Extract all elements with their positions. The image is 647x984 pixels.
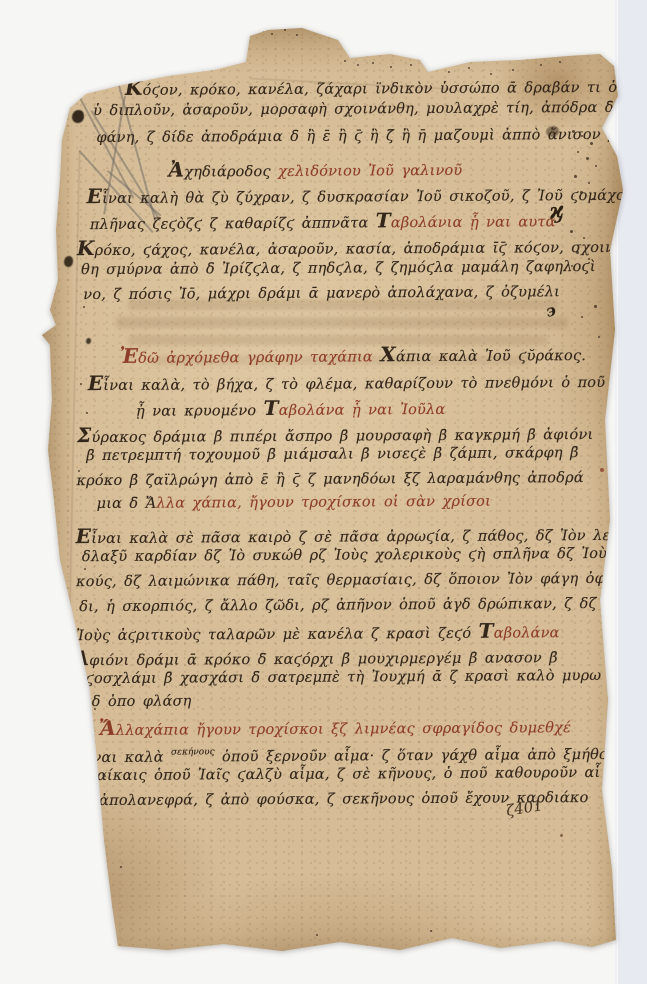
ink-speck <box>296 34 298 36</box>
ink-speck <box>271 33 273 35</box>
manuscript-line: Εἶναι καλὰ σεκήνους ὁποῦ ξερνοῦν αἷμα· ζ… <box>71 740 647 768</box>
ink-speck <box>594 305 597 308</box>
ink-speck <box>490 73 492 75</box>
manuscript-line: β̄ πετρεμπτή τοχουμοῦ β̄ μιάμσαλι β̄ νισ… <box>86 445 578 464</box>
manuscript-line: Εἶναι καλὴ θὰ ζὺ ζύχραν, ζ δυσκρασίαν Ἰο… <box>87 180 647 208</box>
manuscript-line: κούς, δζ λαιμώνικα πάθη, ταῖς θερμασίαις… <box>76 571 611 590</box>
text-segment: σεκήνους <box>171 747 215 757</box>
ink-speck <box>576 251 579 254</box>
manuscript-line: θη σμύρνα ἀπὸ δ̄ Ἰρίζϛλα, ζ πηδϛλα, ζ ζη… <box>81 259 596 278</box>
heading-line: Ἀχηδιάροδος χελιδόνιου Ἰοῦ γαλινοῦ <box>168 156 462 182</box>
ink-speck <box>448 71 450 73</box>
pencil-stroke <box>97 49 113 59</box>
ink-speck <box>598 336 600 338</box>
manuscript-line: νο, ζ πόσις Ἰο̄, μάχρι δράμι ᾱ μανερὸ ἀπ… <box>83 284 560 303</box>
scanner-background: { "colors":{ "ink_dark":"#33261a", "ink_… <box>0 0 647 984</box>
ink-speck <box>86 412 88 414</box>
ink-speck <box>357 64 359 66</box>
ink-speck <box>80 383 82 385</box>
manuscript-line: Κόϛον, κρόκο, κανέλα, ζάχαρι ϊνδικὸν ὑσσ… <box>125 72 647 100</box>
ink-speck <box>571 265 573 267</box>
text-segment: δι, ἡ σκορπιός, ζ ἄλλο ζῶδι, ρζ ἀπῆνον ὁ… <box>79 596 597 615</box>
text-segment: Ε <box>71 743 87 767</box>
text-segment: ἶναι καλὰ <box>87 750 172 767</box>
text-segment: Ἄ <box>99 716 116 740</box>
heading-line: μια δ̄ Ἄλλα χάπια, ἤγουν τροχίσκοι οἱ σὰ… <box>97 494 492 512</box>
scanner-strip-line <box>615 0 617 984</box>
heading-line: Ἐδῶ ἀρχόμεθα γράφην ταχάπια Χάπια καλὰ Ἰ… <box>120 341 587 368</box>
pencil-stroke <box>88 44 113 54</box>
manuscript-line: Ἀφιόνι δράμι ᾱ κρόκο δ̄ καϛόρχι β̄ μουχι… <box>73 643 557 670</box>
ink-speck <box>590 142 593 145</box>
text-segment: Ἐ <box>120 344 139 368</box>
text-segment: Ἀ <box>168 157 184 181</box>
ink-speck <box>570 230 573 233</box>
text-segment: θη σμύρνα ἀπὸ δ̄ Ἰρίζϛλα, ζ πηδϛλα, ζ ζη… <box>81 259 596 278</box>
text-segment: Σ <box>77 423 91 447</box>
text-segment: αβολάνια ᾗ ναι αυτά <box>391 214 556 231</box>
manuscript-line: Ἰοὺς ἀϛριτικοὺς ταλαρῶν μὲ κανέλα ζ κρασ… <box>76 618 559 645</box>
text-segment: δάδ ὁπο φλάση <box>73 693 192 710</box>
text-segment: Ε <box>87 184 103 208</box>
ink-speck <box>581 316 583 318</box>
text-segment: Ε <box>88 371 104 395</box>
text-segment: αβολάνα <box>494 625 560 641</box>
ink-speck <box>316 934 318 936</box>
text-segment: ἶναι καλὴ θὰ ζὺ ζύχραν, ζ δυσκρασίαν Ἰοῦ… <box>102 187 647 207</box>
scanner-strip <box>618 0 647 984</box>
ink-speck <box>560 834 563 837</box>
text-segment: λλα χάπια, ἤγουν τροχίσκοι οἱ σὰν χρίσοι <box>156 494 491 512</box>
heading-line: Ἄλλαχάπια ἤγουν τροχίσκοι ξζ λιμνέας σφρ… <box>99 713 571 740</box>
text-segment: Κ <box>77 236 95 260</box>
text-segment: όϛον, κρόκο, κανέλα, ζάχαρι ϊνδικὸν ὑσσώ… <box>143 79 647 98</box>
text-segment: Κ <box>125 76 143 100</box>
ink-speck <box>595 165 597 167</box>
ink-speck <box>262 30 264 32</box>
ink-speck <box>540 64 542 66</box>
text-segment: κούς, δζ λαιμώνικα πάθη, ταῖς θερμασίαις… <box>76 571 611 590</box>
text-segment: δῶ ἀρχόμεθα γράφην ταχάπια <box>138 349 380 366</box>
ink-speck <box>559 61 561 63</box>
ink-speck <box>344 60 346 62</box>
ink-speck <box>468 67 470 69</box>
text-segment: ὑ διπλοῦν, ἀσαροῦν, μορσαφὴ σχοινάνθη, μ… <box>93 99 647 119</box>
ink-speck <box>572 130 575 133</box>
text-segment: φιόνι δράμι ᾱ κρόκο δ̄ καϛόρχι β̄ μουχιρ… <box>89 650 558 669</box>
manuscript-line: δι, ἡ σκορπιός, ζ ἄλλο ζῶδι, ρζ ἀπῆνον ὁ… <box>79 596 597 615</box>
ink-blot <box>72 110 84 123</box>
text-segment: άπια καλὰ Ἰοῦ ϛῠράκος. <box>396 348 586 365</box>
manuscript-line: δάδ ὁπο φλάση <box>73 693 192 710</box>
manuscript-page: Κόϛον, κρόκο, κανέλα, ζάχαρι ϊνδικὸν ὑσσ… <box>40 26 628 954</box>
ink-speck <box>94 708 96 710</box>
manuscript-line: Σύρακος δράμια β̄ πιπέρι ἄσπρο β̄ μουρσα… <box>77 420 593 447</box>
ink-blot <box>64 256 73 267</box>
text-segment: ύρακος δράμια β̄ πιπέρι ἄσπρο β̄ μουρσαφ… <box>91 427 593 446</box>
ink-speck <box>577 151 579 153</box>
text-block: Κόϛον, κρόκο, κανέλα, ζάχαρι ϊνδικὸν ὑσσ… <box>40 23 634 955</box>
text-segment: ᾖ ναι κρυομένο <box>136 403 264 420</box>
ink-speck <box>78 470 80 472</box>
text-segment: αβολάνα ᾗ ναι Ἰοῦλα <box>279 402 446 419</box>
manuscript-line: φάνη, ζ δίδε ἀποδράμια δ̄ ἢ ε̄ ἢ ϛ̄ ἢ ζ̄… <box>96 126 647 146</box>
text-segment: Χ <box>380 342 396 366</box>
ink-speck <box>581 135 583 137</box>
ink-speck <box>588 182 590 184</box>
text-segment: ρόκο, ϛάχος, κανέλα, ἀσαροῦν, κασία, ἀπο… <box>95 240 634 259</box>
text-segment: νο, ζ πόσις Ἰο̄, μάχρι δράμι ᾱ μανερὸ ἀπ… <box>83 284 560 303</box>
ink-blot <box>546 126 559 137</box>
text-segment: Ἰοὺς ἀϛριτικοὺς ταλαρῶν μὲ κανέλα ζ κρασ… <box>76 626 478 644</box>
text-segment: β̄ πετρεμπτή τοχουμοῦ β̄ μιάμσαλι β̄ νισ… <box>86 445 578 464</box>
ink-speck <box>430 930 432 932</box>
text-segment: χηδιάροδος <box>184 164 278 181</box>
manuscript-line: ἀϛοσχλάμι β̄ χασχάσι δ̄ σατρεμπὲ τὴ Ἰουχ… <box>76 668 602 687</box>
text-segment: Ε <box>76 524 92 548</box>
text-segment: Τ <box>376 208 391 232</box>
ink-speck <box>372 62 374 64</box>
ink-speck <box>592 198 594 200</box>
manuscript-line: γοναίκαις ὁποῦ Ἰαῖς ϛαλζὺ αἷμα, ζ σὲ κῆν… <box>70 765 600 784</box>
manuscript-line: ὑ διπλοῦν, ἀσαροῦν, μορσαφὴ σχοινάνθη, μ… <box>93 99 647 119</box>
ink-blot <box>86 338 91 344</box>
text-segment: Τ <box>479 619 494 643</box>
ink-speck <box>83 306 85 308</box>
ink-speck <box>410 64 412 66</box>
text-segment: ἶναι καλὰ σὲ πᾶσα καιρὸ ζ σὲ πᾶσα ἀρρωϛί… <box>91 528 646 547</box>
manuscript-line: Εἶναι καλὰ σὲ πᾶσα καιρὸ ζ σὲ πᾶσα ἀρρωϛ… <box>76 521 647 548</box>
text-segment: ἶναι καλὰ, τὸ βήχα, ζ τὸ φλέμα, καθαρίζο… <box>103 375 605 394</box>
ink-speck <box>104 775 106 777</box>
text-segment: ὁποῦ ξερνοῦν αἷμα· ζ ὅταν γάχθ αἷμα ἀπὸ … <box>215 747 647 766</box>
text-segment: ἀϛοσχλάμι β̄ χασχάσι δ̄ σατρεμπὲ τὴ Ἰουχ… <box>76 668 602 687</box>
text-segment: γοναίκαις ὁποῦ Ἰαῖς ϛαλζὺ αἷμα, ζ σὲ κῆν… <box>70 765 600 784</box>
manuscript-line: Εἶναι καλὰ, τὸ βήχα, ζ τὸ φλέμα, καθαρίζ… <box>88 368 606 395</box>
ink-speck <box>586 157 589 160</box>
manuscript-line: κρόκο β̄ ζαϊλρώγη ἀπὸ ε̄ ἢ ϛ̄ ζ μανηδόωι… <box>76 470 583 489</box>
ink-speck <box>512 69 514 71</box>
text-segment: Τ <box>264 396 279 420</box>
ink-speck <box>284 29 286 31</box>
text-segment: μια δ̄ Ἄ <box>97 496 157 512</box>
text-segment: φάνη, ζ δίδε ἀποδράμια δ̄ ἢ ε̄ ἢ ϛ̄ ἢ ζ̄… <box>96 126 647 146</box>
ink-speck <box>580 191 583 194</box>
ink-speck <box>432 68 434 70</box>
ink-speck <box>96 640 98 642</box>
text-segment: κρόκο β̄ ζαϊλρώγη ἀπὸ ε̄ ἢ ϛ̄ ζ μανηδόωι… <box>76 470 583 489</box>
manuscript-line: Κρόκο, ϛάχος, κανέλα, ἀσαροῦν, κασία, ἀπ… <box>77 233 633 260</box>
text-segment: πλῆνας ζεϛὸζϛ ζ καθαρίζϛ ἀππνᾶτα <box>90 215 376 233</box>
text-segment: δλαξῦ καρδίαν δζ Ἰὸ συκώθ ρζ Ἰοὺς χολερι… <box>82 546 647 566</box>
ink-speck <box>390 66 392 68</box>
manuscript-line: πλῆνας ζεϛὸζϛ ζ καθαρίζϛ ἀππνᾶτα Ταβολάν… <box>90 207 556 234</box>
ink-speck <box>600 468 604 472</box>
ink-speck <box>588 258 590 260</box>
ink-speck <box>574 175 577 178</box>
ink-speck <box>583 237 585 239</box>
ink-speck <box>84 568 86 570</box>
text-segment: Ἀ <box>73 646 89 670</box>
text-segment: χελιδόνιου Ἰοῦ γαλινοῦ <box>278 163 462 180</box>
text-segment: λλαχάπια ἤγουν τροχίσκοι ξζ λιμνέας σφρα… <box>116 720 571 739</box>
ink-speck <box>90 822 92 824</box>
manuscript-line: δλαξῦ καρδίαν δζ Ἰὸ συκώθ ρζ Ἰοὺς χολερι… <box>82 546 647 566</box>
manuscript-line: ᾖ ναι κρυομένο Ταβολάνα ᾗ ναι Ἰοῦλα <box>136 395 446 421</box>
ink-speck <box>120 866 122 868</box>
